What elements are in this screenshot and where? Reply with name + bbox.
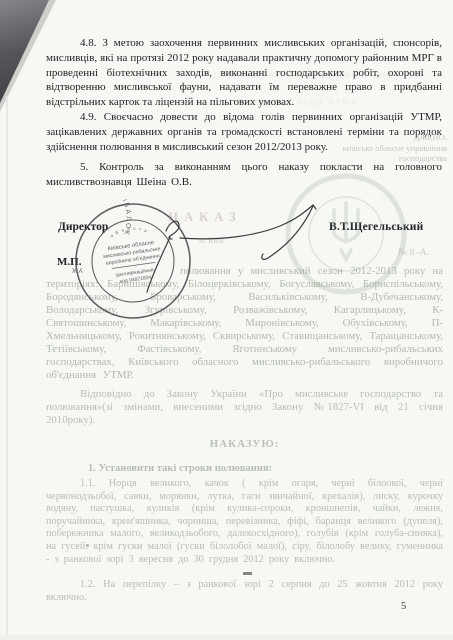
bleed-law-paragraph: Відповідно до Закону України «Про мислив… [46, 388, 443, 427]
order-body-text: 4.8. З метою заохочення первинних мислив… [46, 36, 442, 190]
bleed-item-1-1-paragraph: 1.1. Норця великого, качок ( крім огаря,… [46, 478, 443, 566]
ink-dash-mark [243, 572, 252, 575]
page-number: 5 [401, 601, 406, 612]
ink-speck [86, 544, 89, 547]
bleed-approved-line-3: господарства [305, 153, 447, 164]
bleed-law-reference: Відповідно до Закону України «Про мислив… [46, 388, 443, 427]
bleed-item-1-1: 1.1. Норця великого, качок ( крім огаря,… [46, 478, 443, 566]
bleed-item-1-heading: 1. Установити такі строки полювання: [88, 463, 272, 474]
paragraph-4-8: 4.8. З метою заохочення первинних мислив… [46, 36, 442, 110]
bleed-item-1-2: 1.2. На перепілку – з ранкової зорі 2 се… [46, 578, 443, 604]
bleed-approved-line-2: київське обласне управління [305, 143, 447, 154]
signature-stroke-tail [147, 237, 170, 292]
scan-bottom-edge [0, 635, 453, 640]
bleed-approved-line-1: ДЖЕНО. [305, 132, 447, 143]
bleed-item-1-2-paragraph: 1.2. На перепілку – з ранкової зорі 2 се… [46, 578, 443, 604]
bleed-order-heading: НАКАЗУЮ: [46, 438, 443, 450]
signature-stroke-return [262, 206, 313, 259]
scanned-document-page: ТОВАРИСТВО МИСЛИВЦІВ ТА РИБАЛОК ОБЛАСНОЇ… [0, 0, 453, 640]
page-edge-line [6, 96, 8, 636]
signature-scrawl [140, 195, 375, 310]
bleed-approved-block: ДЖЕНО. київське обласне управління госпо… [305, 132, 447, 164]
signature-stroke-loop [166, 221, 179, 239]
